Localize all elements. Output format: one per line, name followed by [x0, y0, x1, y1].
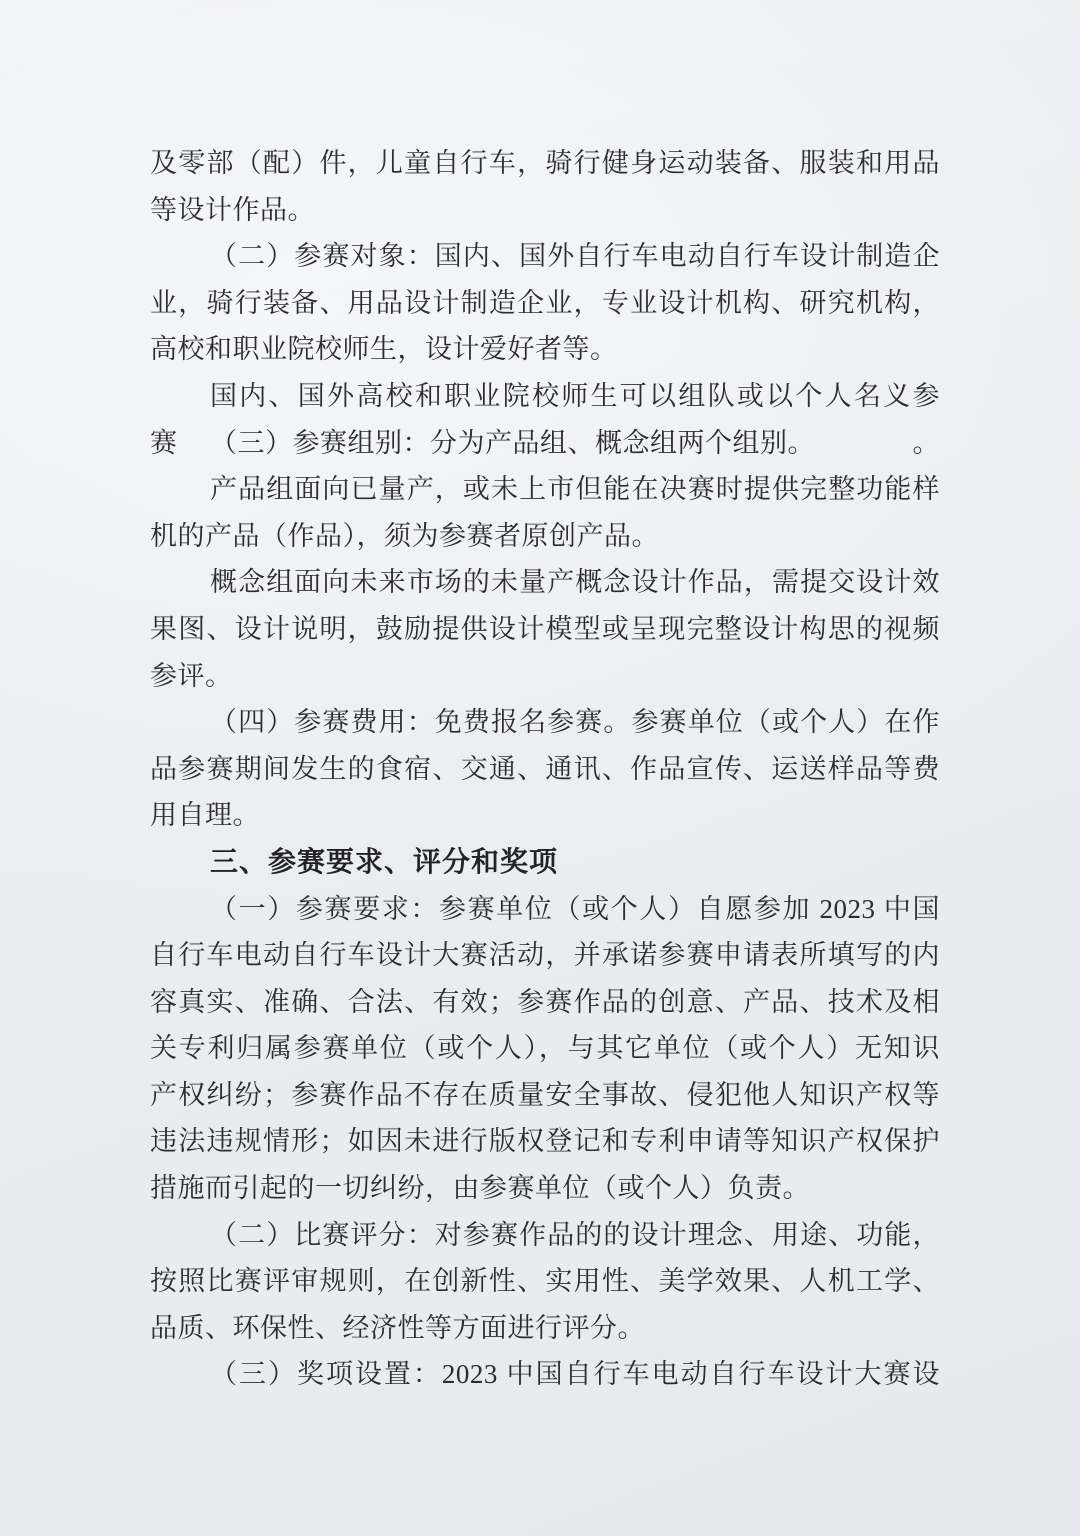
text-line: 及零部（配）件，儿童自行车，骑行健身运动装备、服装和用品 — [150, 140, 940, 187]
text-line: 措施而引起的一切纠纷，由参赛单位（或个人）负责。 — [150, 1165, 940, 1212]
text-line: 容真实、准确、合法、有效；参赛作品的创意、产品、技术及相 — [150, 979, 940, 1026]
document-text-column: 及零部（配）件，儿童自行车，骑行健身运动装备、服装和用品等设计作品。（二）参赛对… — [150, 140, 940, 1398]
text-line: （二）比赛评分：对参赛作品的的设计理念、用途、功能， — [150, 1212, 940, 1259]
text-line: 用自理。 — [150, 792, 940, 839]
text-line: （二）参赛对象：国内、国外自行车电动自行车设计制造企 — [150, 233, 940, 280]
text-line: （四）参赛费用：免费报名参赛。参赛单位（或个人）在作 — [150, 699, 940, 746]
text-line: 按照比赛评审规则，在创新性、实用性、美学效果、人机工学、 — [150, 1258, 940, 1305]
text-line: 等设计作品。 — [150, 187, 940, 234]
text-line: 业，骑行装备、用品设计制造企业，专业设计机构、研究机构， — [150, 280, 940, 327]
document-page: 及零部（配）件，儿童自行车，骑行健身运动装备、服装和用品等设计作品。（二）参赛对… — [0, 0, 1080, 1536]
section-heading: 三、参赛要求、评分和奖项 — [150, 839, 940, 886]
text-line: 违法违规情形；如因未进行版权登记和专利申请等知识产权保护 — [150, 1118, 940, 1165]
text-line: 品参赛期间发生的食宿、交通、通讯、作品宣传、运送样品等费 — [150, 746, 940, 793]
text-line: 果图、设计说明，鼓励提供设计模型或呈现完整设计构思的视频 — [150, 606, 940, 653]
text-line: 概念组面向未来市场的未量产概念设计作品，需提交设计效 — [150, 559, 940, 606]
text-line: 国内、国外高校和职业院校师生可以组队或以个人名义参赛。 — [150, 373, 940, 420]
text-line: 关专利归属参赛单位（或个人），与其它单位（或个人）无知识 — [150, 1025, 940, 1072]
text-line: 产权纠纷；参赛作品不存在质量安全事故、侵犯他人知识产权等 — [150, 1072, 940, 1119]
text-line: （一）参赛要求：参赛单位（或个人）自愿参加 2023 中国 — [150, 886, 940, 933]
text-line: 自行车电动自行车设计大赛活动，并承诺参赛申请表所填写的内 — [150, 932, 940, 979]
text-line: 产品组面向已量产，或未上市但能在决赛时提供完整功能样 — [150, 466, 940, 513]
text-line: 品质、环保性、经济性等方面进行评分。 — [150, 1305, 940, 1352]
text-line: 参评。 — [150, 653, 940, 700]
text-line: 高校和职业院校师生，设计爱好者等。 — [150, 326, 940, 373]
text-line: 机的产品（作品），须为参赛者原创产品。 — [150, 513, 940, 560]
text-line: （三）奖项设置：2023 中国自行车电动自行车设计大赛设 — [150, 1351, 940, 1398]
